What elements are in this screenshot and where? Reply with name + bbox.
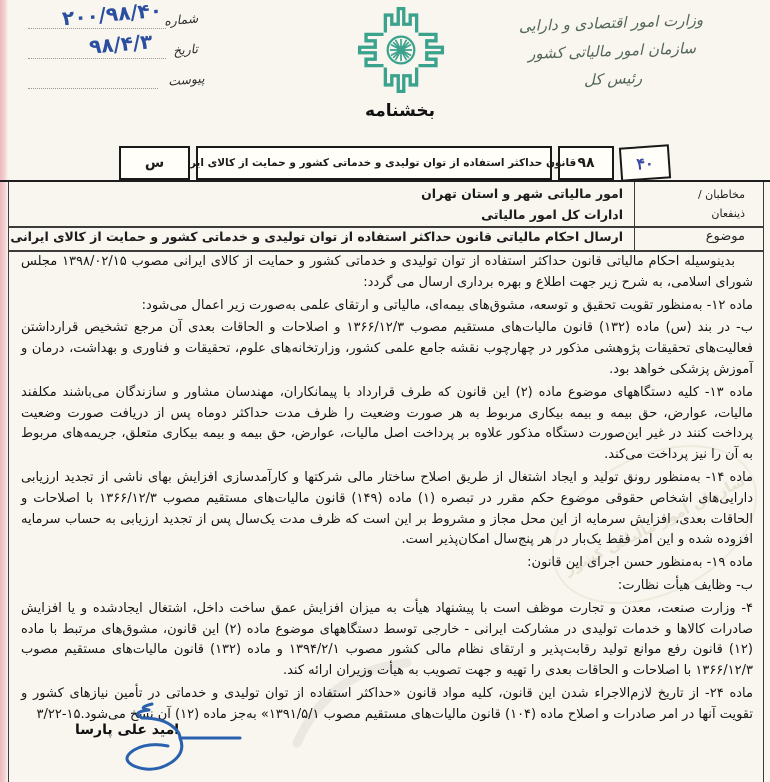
subject-value: ارسال احکام مالیاتی قانون حداکثر استفاده… xyxy=(19,229,623,244)
scan-edge-strip xyxy=(0,0,8,782)
addressee-line-1: امور مالیاتی شهر و استان تهران xyxy=(19,184,623,205)
body-paragraph: ماده ۱۲- به‌منظور تقویت تحقیق و توسعه، م… xyxy=(21,296,753,317)
classification-code-number: ۴۰ xyxy=(619,144,671,181)
addressee-value: امور مالیاتی شهر و استان تهران ادارات کل… xyxy=(19,184,623,225)
number-value: ۲۰۰/۹۸/۴۰ xyxy=(61,0,163,30)
body-paragraph: بدینوسیله احکام مالیاتی قانون حداکثر است… xyxy=(21,252,753,294)
number-label: شماره xyxy=(163,11,198,29)
signature-icon xyxy=(118,694,250,780)
meta-table-row-divider xyxy=(9,226,763,228)
reference-block: شماره ۲۰۰/۹۸/۴۰ تاریخ ۹۸/۴/۳ پیوست xyxy=(28,6,198,96)
body-paragraph: ب- وظایف هیأت نظارت: xyxy=(21,576,753,597)
body-paragraph: ماده ۱۴- به‌منظور رونق تولید و ایجاد اشت… xyxy=(21,468,753,551)
date-line xyxy=(28,58,166,59)
date-value: ۹۸/۴/۳ xyxy=(88,29,153,58)
document-body-box: مخاطبان / ذینفعان امور مالیاتی شهر و است… xyxy=(8,182,764,782)
addressee-line-2: ادارات کل امور مالیاتی xyxy=(19,205,623,226)
subject-label: موضوع xyxy=(706,229,745,244)
attachment-label: پیوست xyxy=(167,70,205,88)
addressee-label: مخاطبان / ذینفعان xyxy=(641,185,745,224)
body-paragraph: ۴- وزارت صنعت، معدن و تجارت موظف است با … xyxy=(21,599,753,682)
circular-body-text: بدینوسیله احکام مالیاتی قانون حداکثر است… xyxy=(21,252,753,728)
circular-document-page: شماره ۲۰۰/۹۸/۴۰ تاریخ ۹۸/۴/۳ پیوست xyxy=(0,0,770,782)
tax-organization-logo-icon xyxy=(345,4,457,96)
date-row: تاریخ ۹۸/۴/۳ xyxy=(28,36,198,66)
body-paragraph: ماده ۱۳- کلیه دستگاههای موضوع ماده (۲) ا… xyxy=(21,383,753,466)
attachment-line xyxy=(28,88,158,89)
classification-code-letter: س xyxy=(119,146,190,180)
classification-law-title: قانون حداکثر استفاده از توان تولیدی و خد… xyxy=(196,146,552,180)
body-paragraph: ماده ۱۹- به‌منظور حسن اجرای این قانون: xyxy=(21,553,753,574)
body-paragraph: ب- در بند (س) ماده (۱۳۲) قانون مالیات‌ها… xyxy=(21,318,753,380)
document-type-title: بخشنامه xyxy=(330,101,470,121)
meta-table-vertical-divider xyxy=(634,182,636,250)
attachment-row: پیوست xyxy=(28,66,198,96)
date-label: تاریخ xyxy=(173,41,199,58)
letterhead-calligraphy: وزارت امور اقتصادی و دارایی سازمان امور … xyxy=(461,5,764,99)
reference-number-row: شماره ۲۰۰/۹۸/۴۰ xyxy=(28,6,198,36)
